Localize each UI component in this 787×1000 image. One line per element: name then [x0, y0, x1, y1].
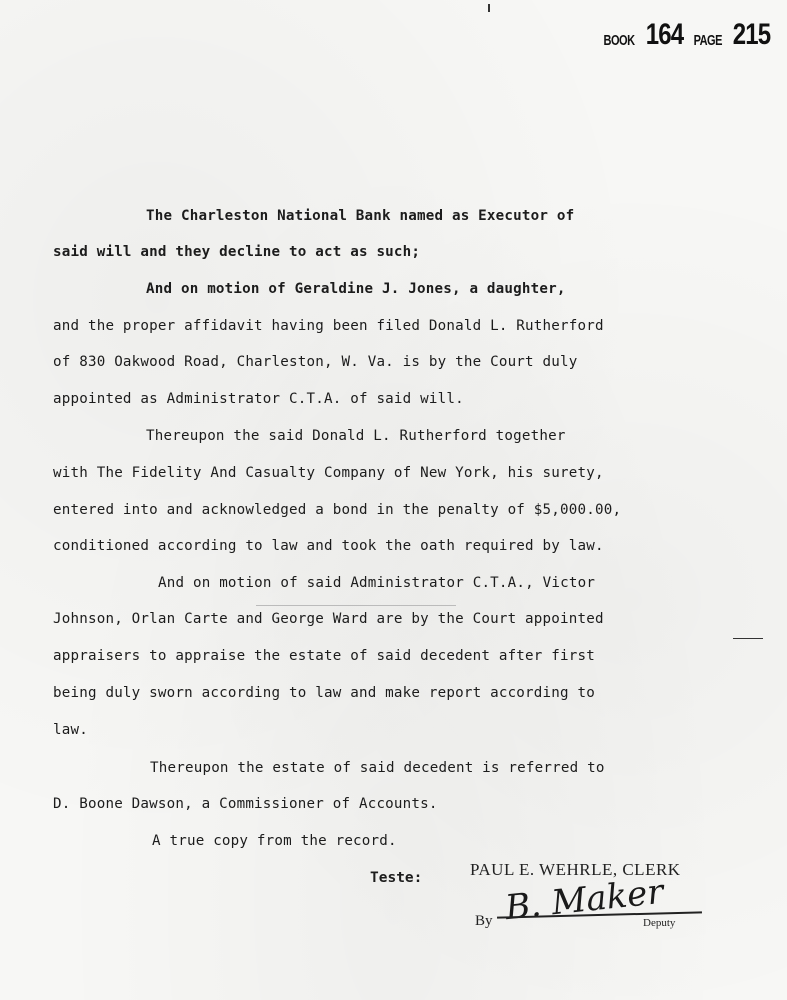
body-line: and the proper affidavit having been fil… — [53, 318, 604, 334]
body-line: appointed as Administrator C.T.A. of sai… — [53, 391, 464, 407]
margin-mark — [733, 638, 763, 639]
body-line: law. — [53, 722, 88, 738]
scan-speck — [488, 4, 490, 12]
teste-label: Teste: — [370, 870, 422, 886]
book-label: BOOK — [604, 33, 635, 49]
body-line: Thereupon the said Donald L. Rutherford … — [146, 428, 566, 444]
book-number: 164 — [645, 18, 683, 52]
body-line: appraisers to appraise the estate of sai… — [53, 648, 595, 664]
body-line: Thereupon the estate of said decedent is… — [150, 760, 605, 776]
page-number: 215 — [733, 18, 771, 52]
body-line: said will and they decline to act as suc… — [53, 244, 420, 260]
body-line: And on motion of Geraldine J. Jones, a d… — [146, 281, 566, 297]
book-page-stamp: BOOK 164 PAGE 215 — [604, 18, 775, 52]
body-line: And on motion of said Administrator C.T.… — [158, 575, 595, 591]
by-label: By — [475, 913, 493, 930]
body-line: with The Fidelity And Casualty Company o… — [53, 465, 604, 481]
body-line: Johnson, Orlan Carte and George Ward are… — [53, 611, 604, 627]
body-line: entered into and acknowledged a bond in … — [53, 502, 621, 518]
deputy-label: Deputy — [643, 917, 675, 929]
document-page: BOOK 164 PAGE 215 The Charleston Nationa… — [0, 0, 787, 1000]
body-line: The Charleston National Bank named as Ex… — [146, 208, 574, 224]
body-line: D. Boone Dawson, a Commissioner of Accou… — [53, 796, 438, 812]
deputy-signature: B. Maker — [503, 872, 665, 928]
body-line: conditioned according to law and took th… — [53, 538, 604, 554]
page-label: PAGE — [694, 33, 722, 49]
body-line: A true copy from the record. — [152, 833, 397, 849]
body-line: being duly sworn according to law and ma… — [53, 685, 595, 701]
faint-rule — [256, 605, 456, 606]
body-line: of 830 Oakwood Road, Charleston, W. Va. … — [53, 354, 578, 370]
